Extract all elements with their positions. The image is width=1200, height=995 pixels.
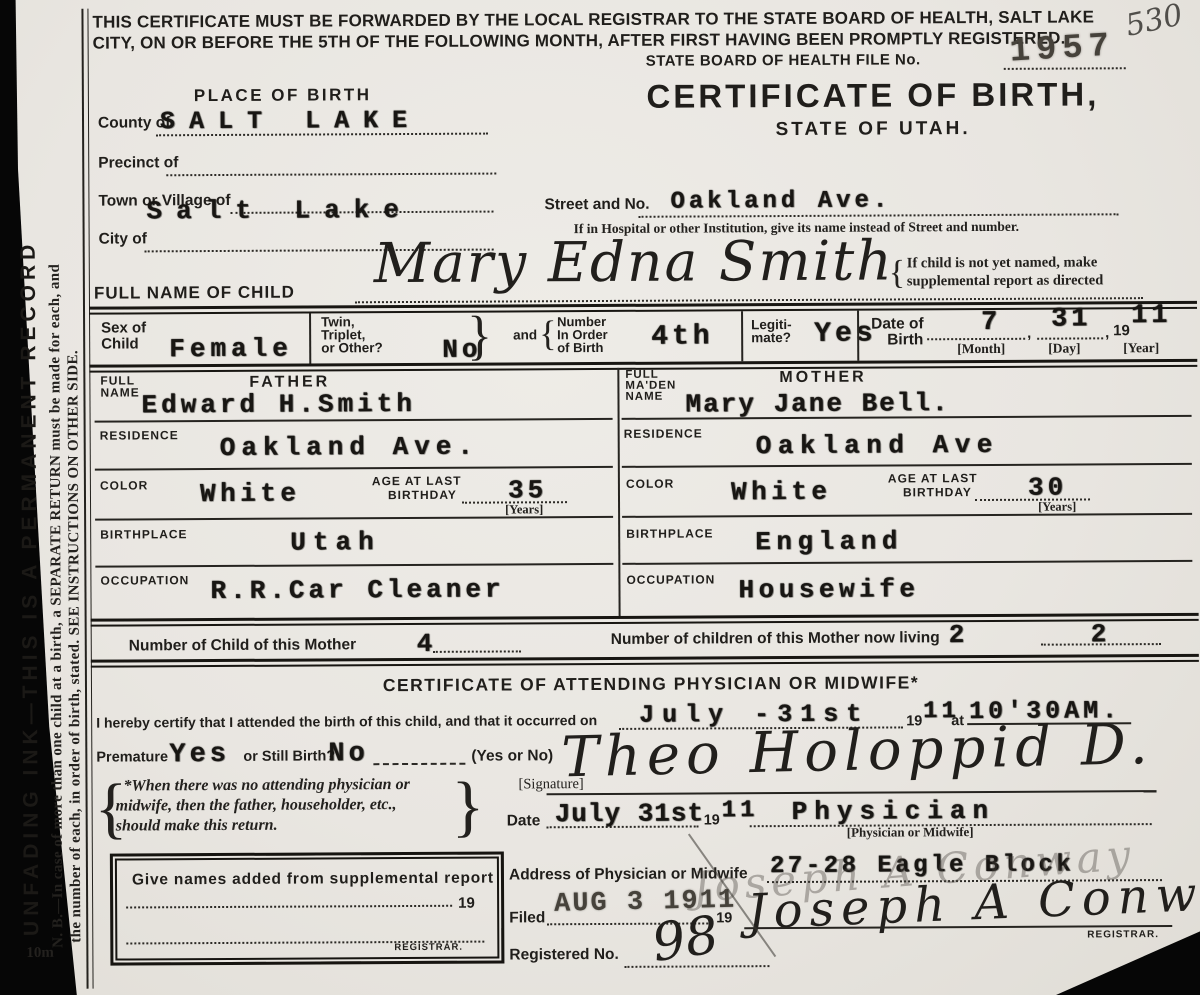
month-bracket: [Month] — [957, 341, 1005, 357]
father-name-line — [94, 400, 612, 423]
dob-century: 19 — [1113, 322, 1130, 339]
legitimate-label-line2: mate? — [751, 330, 791, 345]
year-bracket: [Year] — [1123, 340, 1159, 356]
return-note-brace-right: } — [451, 767, 484, 846]
mother-name-line — [621, 397, 1191, 420]
father-occupation-value: R.R.Car Cleaner — [210, 575, 504, 607]
premature-value: Yes — [169, 740, 230, 770]
print-code: 10m — [26, 945, 54, 962]
row1-divider-3 — [857, 311, 859, 361]
filed-year: 19 — [716, 910, 732, 926]
street-value: Oakland Ave. — [670, 187, 891, 215]
file-no-stamp: 1957 — [1009, 28, 1117, 72]
mother-occupation-label: OCCUPATION — [626, 572, 715, 586]
sex-label-line1: Sex of — [101, 319, 146, 336]
supplemental-registrar-label: REGISTRAR. — [394, 942, 463, 953]
row1-divider-2 — [741, 311, 743, 361]
mother-birthplace-line — [622, 542, 1192, 565]
place-of-birth-title: PLACE OF BIRTH — [194, 85, 372, 106]
attending-date-century: 19 — [704, 812, 720, 828]
father-occupation-label: OCCUPATION — [100, 573, 189, 587]
attending-title: CERTIFICATE OF ATTENDING PHYSICIAN OR MI… — [151, 671, 1151, 697]
supplemental-year: 19 — [458, 895, 475, 912]
registrar-signature-line — [744, 907, 1172, 929]
and-label: and — [513, 327, 537, 342]
father-color-line — [95, 498, 613, 521]
return-note-line3: should make this return. — [116, 817, 278, 836]
mother-age-label-line1: AGE AT LAST — [888, 471, 978, 485]
mother-section-title: MOTHER — [779, 369, 866, 387]
row1-brace-right: } — [467, 305, 492, 367]
forwarding-notice-line2: CITY, ON OR BEFORE THE 5TH OF THE FOLLOW… — [93, 29, 1066, 54]
county-value: SALT LAKE — [160, 106, 421, 136]
mother-color-line — [622, 495, 1192, 518]
parents-divider — [617, 368, 620, 618]
city-label: City of — [99, 230, 147, 248]
signature-line — [546, 772, 1156, 795]
city-value: Salt Lake — [146, 195, 413, 226]
mother-birthplace-label: BIRTHPLACE — [626, 526, 713, 540]
not-named-brace: { — [889, 254, 906, 292]
child-name-label: FULL NAME OF CHILD — [94, 283, 295, 304]
dob-year-value: 11 — [1131, 301, 1172, 331]
row1-divider-1 — [309, 314, 311, 364]
child-number-line — [433, 634, 521, 652]
handwritten-page-number: 530 — [1122, 0, 1185, 44]
registered-no-handwritten: 98 — [648, 905, 722, 974]
father-residence-line — [95, 448, 613, 471]
registered-no-label: Registered No. — [509, 946, 618, 965]
nb-note-line1-vertical: N. B.—In case of more than one child at … — [47, 264, 68, 948]
father-age-label-line1: AGE AT LAST — [372, 474, 462, 488]
children-living-label: Number of children of this Mother now li… — [611, 629, 940, 649]
role-value: Physician — [792, 796, 996, 827]
certificate-title: CERTIFICATE OF BIRTH, — [583, 75, 1163, 116]
children-living-value: 2 — [1091, 619, 1111, 649]
certify-text: I hereby certify that I attended the bir… — [96, 712, 597, 731]
father-name-label-line2: NAME — [100, 385, 139, 399]
scanned-birth-certificate: UNFADING INK—THIS IS A PERMANENT RECORD … — [0, 0, 1200, 995]
order-value: 4th — [651, 321, 714, 352]
filed-label: Filed — [509, 909, 545, 927]
registrar-label: REGISTRAR. — [1087, 929, 1159, 940]
file-no-label: STATE BOARD OF HEALTH FILE No. — [646, 51, 921, 69]
sex-value: Female — [169, 334, 293, 365]
father-birthplace-label: BIRTHPLACE — [100, 527, 187, 541]
stillbirth-value: No — [328, 739, 369, 769]
street-label: Street and No. — [544, 196, 649, 215]
stillbirth-line — [373, 751, 465, 765]
dob-day-value: 31 — [1051, 304, 1092, 334]
return-note-line2: midwife, then the father, householder, e… — [116, 796, 397, 815]
rule-above-attending — [91, 654, 1199, 668]
stillbirth-label: or Still Birth? — [243, 748, 335, 764]
permanent-record-vertical-text: UNFADING INK—THIS IS A PERMANENT RECORD — [17, 240, 45, 936]
child-number-label: Number of Child of this Mother — [129, 636, 356, 655]
dob-month-value: 7 — [981, 308, 1001, 338]
dob-month-line — [927, 320, 1025, 341]
return-note-line1: *When there was no attending physician o… — [123, 776, 409, 795]
sex-label-line2: Child — [101, 335, 139, 352]
father-residence-label: RESIDENCE — [100, 428, 179, 442]
nb-note-line2-vertical: the number of each, in order of birth, s… — [65, 350, 85, 943]
children-living-overstrike: 2 — [949, 620, 969, 650]
role-bracket: [Physician or Midwife] — [847, 824, 974, 841]
twin-label-line3: or Other? — [321, 340, 383, 355]
attending-date-label: Date — [507, 812, 541, 830]
dob-comma2: , — [1105, 324, 1109, 341]
order-label-line3: of Birth — [557, 340, 603, 355]
mother-color-label: COLOR — [626, 477, 674, 491]
state-title: STATE OF UTAH. — [583, 117, 1163, 142]
mother-residence-line — [622, 445, 1192, 468]
yes-or-no-label: (Yes or No) — [471, 747, 553, 765]
father-color-label: COLOR — [100, 478, 148, 492]
rule-below-parents — [91, 613, 1199, 627]
order-brace-left: { — [539, 312, 557, 354]
child-name-handwritten: Mary Edna Smith — [374, 228, 894, 295]
not-named-note-line2: supplemental report as directed — [907, 272, 1104, 290]
mother-residence-label: RESIDENCE — [624, 426, 703, 440]
precinct-line — [166, 153, 496, 177]
not-named-note-line1: If child is not yet named, make — [907, 254, 1098, 272]
mother-occupation-value: Housewife — [738, 574, 919, 605]
father-birthplace-line — [95, 545, 613, 568]
day-bracket: [Day] — [1048, 340, 1080, 356]
dob-label-line2: Birth — [887, 331, 923, 349]
certificate-content: UNFADING INK—THIS IS A PERMANENT RECORD … — [0, 0, 1200, 995]
rule-above-row1 — [89, 301, 1197, 315]
legitimate-value: Yes — [814, 319, 877, 350]
supplemental-line1 — [126, 887, 452, 909]
dob-comma1: , — [1027, 325, 1031, 342]
attending-date-value: July 31st — [555, 798, 705, 829]
premature-label: Premature — [96, 749, 168, 765]
